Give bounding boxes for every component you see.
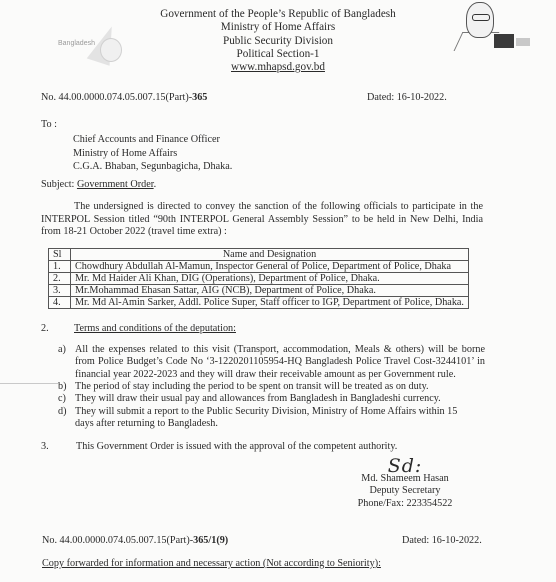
subject-suffix: . [154,179,157,190]
copy-memo-prefix: No. 44.00.0000.074.05.007.15(Part)- [42,535,193,546]
header-ministry: Ministry of Home Affairs [0,21,556,34]
intro-paragraph: The undersigned is directed to convey th… [41,201,483,239]
cell-sl: 1. [49,261,71,273]
term-a: a) All the expenses related to this visi… [58,344,485,381]
signatory-name: Md. Shameem Hasan [340,473,470,486]
subject-line: Subject: Government Order. [41,179,156,191]
term-label: d) [58,406,67,418]
section2-title: Terms and conditions of the deputation: [74,323,236,335]
cell-sl: 3. [49,285,71,297]
header-sl: Sl [49,249,71,261]
section3-number: 3. [41,441,49,453]
header-government: Government of the People’s Republic of B… [0,8,556,21]
signature-mark: Sd: [340,460,470,473]
term-b: b) The period of stay including the peri… [58,381,485,393]
recipient-line: Ministry of Home Affairs [73,147,232,161]
recipient-line: Chief Accounts and Finance Officer [73,133,232,147]
memo-number-prefix: No. 44.00.0000.074.05.007.15(Part)- [41,92,192,103]
header-url-link[interactable]: www.mhapsd.gov.bd [0,61,556,74]
table-header-row: Sl Name and Designation [49,249,469,261]
signatory-phone: Phone/Fax: 223354522 [340,498,470,511]
recipient-address: Chief Accounts and Finance Officer Minis… [73,133,232,174]
term-text: They will submit a report to the Public … [75,406,478,431]
cell-name: Mr.Mohammad Ehasan Sattar, AIG (NCB), De… [71,285,469,297]
to-label: To : [41,119,57,131]
table-row: 3. Mr.Mohammad Ehasan Sattar, AIG (NCB),… [49,285,469,297]
table-row: 1. Chowdhury Abdullah Al-Mamun, Inspecto… [49,261,469,273]
copy-memo-bold: 365/1(9) [193,535,228,546]
cell-name: Chowdhury Abdullah Al-Mamun, Inspector G… [71,261,469,273]
section2-number: 2. [41,323,49,335]
memo-date: Dated: 16-10-2022. [367,92,447,104]
cell-name: Mr. Md Al-Amin Sarker, Addl. Police Supe… [71,297,469,309]
term-label: c) [58,393,66,405]
officials-table: Sl Name and Designation 1. Chowdhury Abd… [48,248,469,309]
term-c: c) They will draw their usual pay and al… [58,393,485,405]
term-text: The period of stay including the period … [75,381,485,393]
copy-memo-number: No. 44.00.0000.074.05.007.15(Part)-365/1… [42,535,228,547]
memo-number-bold: 365 [192,92,207,103]
subject-value: Government Order [77,179,154,190]
table-row: 2. Mr. Md Haider Ali Khan, DIG (Operatio… [49,273,469,285]
memo-number: No. 44.00.0000.074.05.007.15(Part)-365 [41,92,207,104]
signature-block: Sd: Md. Shameem Hasan Deputy Secretary P… [340,460,470,510]
term-text: They will draw their usual pay and allow… [75,393,485,405]
cell-sl: 4. [49,297,71,309]
copy-memo-date: Dated: 16-10-2022. [402,535,482,547]
copy-forwarded-heading: Copy forwarded for information and neces… [42,558,381,570]
header-section: Political Section-1 [0,48,556,61]
term-label: b) [58,381,67,393]
recipient-line: C.G.A. Bhaban, Segunbagicha, Dhaka. [73,160,232,174]
cell-name: Mr. Md Haider Ali Khan, DIG (Operations)… [71,273,469,285]
letterhead: Government of the People’s Republic of B… [0,8,556,74]
subject-label: Subject: [41,179,77,190]
cell-sl: 2. [49,273,71,285]
header-name-designation: Name and Designation [71,249,469,261]
term-label: a) [58,344,66,356]
term-d: d) They will submit a report to the Publ… [58,406,478,431]
header-division: Public Security Division [0,35,556,48]
signatory-title: Deputy Secretary [340,485,470,498]
section3-text: This Government Order is issued with the… [76,441,397,453]
scan-artifact-line [0,383,58,384]
term-text: All the expenses related to this visit (… [75,344,485,381]
table-row: 4. Mr. Md Al-Amin Sarker, Addl. Police S… [49,297,469,309]
